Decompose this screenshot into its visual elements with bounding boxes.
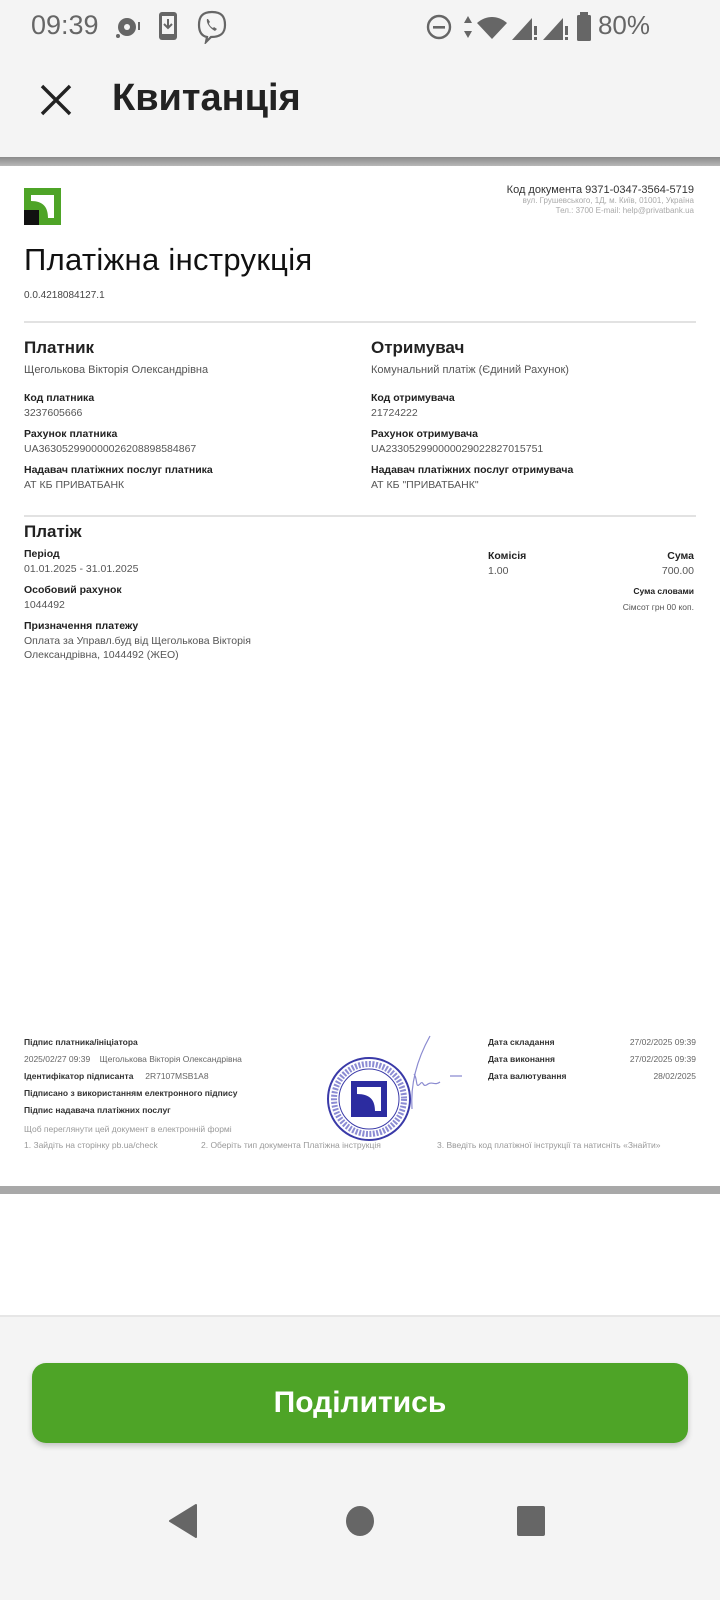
personal-account-value: 1044492 <box>24 599 354 611</box>
sum-block: Сума 700.00 Сума словами Сімсот грн 00 к… <box>623 550 694 621</box>
signal-icon <box>541 14 571 42</box>
check-step-1: 1. Зайдіть на сторінку pb.ua/check <box>24 1140 158 1150</box>
payer-provider: АТ КБ ПРИВАТБАНК <box>24 479 354 491</box>
status-time: 09:39 <box>31 10 99 41</box>
payer-provider-label: Надавач платіжних послуг платника <box>24 464 354 476</box>
recipient-account-label: Рахунок отримувача <box>371 428 701 440</box>
page-title: Квитанція <box>112 77 301 120</box>
document-bottom-edge <box>0 1186 720 1194</box>
signal-icon <box>510 14 540 42</box>
commission-block: Комісія 1.00 <box>488 550 526 586</box>
purpose-label: Призначення платежу <box>24 620 354 632</box>
recents-icon[interactable] <box>516 1503 546 1539</box>
commission-value: 1.00 <box>488 565 526 577</box>
divider <box>24 515 696 517</box>
back-icon[interactable] <box>168 1503 198 1539</box>
media-icon <box>113 14 141 40</box>
payer-code-label: Код платника <box>24 392 354 404</box>
payer-heading: Платник <box>24 338 354 358</box>
esign-note: Підписано з використанням електронного п… <box>24 1085 242 1102</box>
payer-signature-label: Підпис платника/ініціатора <box>24 1034 242 1051</box>
receipt-viewer[interactable]: Код документа 9371-0347-3564-5719 вул. Г… <box>0 166 720 1316</box>
bank-contacts: Тел.: 3700 E-mail: help@privatbank.ua <box>507 206 694 216</box>
signer-id: 2R7107MSB1A8 <box>145 1071 208 1081</box>
payer-account: UA363052990000026208898584867 <box>24 443 354 455</box>
app-bar: Квитанція <box>0 52 720 157</box>
data-arrows-icon <box>462 14 474 40</box>
recipient-name: Комунальний платіж (Єдиний Рахунок) <box>371 364 701 376</box>
battery-icon <box>576 12 592 42</box>
payment-section: Платіж Період 01.01.2025 - 31.01.2025 Ос… <box>24 522 354 670</box>
recipient-code-label: Код отримувача <box>371 392 701 404</box>
privatbank-logo-icon <box>24 188 61 225</box>
document-code: Код документа 9371-0347-3564-5719 <box>507 184 694 196</box>
bank-address: вул. Грушевського, 1Д, м. Київ, 01001, У… <box>507 196 694 206</box>
share-button[interactable]: Поділитись <box>32 1363 688 1443</box>
payer-code: 3237605666 <box>24 407 354 419</box>
download-icon <box>158 11 180 41</box>
recipient-account: UA233052990000029022827015751 <box>371 443 701 455</box>
date-row: Дата складання 27/02/2025 09:39 <box>488 1034 696 1051</box>
document-code-block: Код документа 9371-0347-3564-5719 вул. Г… <box>507 184 694 216</box>
date-row: Дата валютування 28/02/2025 <box>488 1068 696 1085</box>
dnd-icon <box>426 14 452 40</box>
period-value: 01.01.2025 - 31.01.2025 <box>24 563 354 575</box>
payer-account-label: Рахунок платника <box>24 428 354 440</box>
provider-signature-label: Підпис надавача платіжних послуг <box>24 1102 242 1119</box>
payer-signature-datetime: 2025/02/27 09:39 <box>24 1054 90 1064</box>
status-bar: 09:39 80% <box>0 0 720 52</box>
payer-section: Платник Щеголькова Вікторія Олександрівн… <box>24 338 354 500</box>
handwritten-signature-icon <box>400 1034 470 1114</box>
wifi-icon <box>476 16 508 40</box>
recipient-section: Отримувач Комунальний платіж (Єдиний Рах… <box>371 338 701 500</box>
bottom-area: Поділитись <box>0 1317 720 1600</box>
app-bar-shadow <box>0 157 720 166</box>
purpose-line-2: Олександрівна, 1044492 (ЖЕО) <box>24 649 354 661</box>
document-id: 0.0.4218084127.1 <box>24 290 105 301</box>
home-icon[interactable] <box>345 1503 375 1539</box>
personal-account-label: Особовий рахунок <box>24 584 354 596</box>
receipt-document: Код документа 9371-0347-3564-5719 вул. Г… <box>0 166 720 1186</box>
document-title: Платіжна інструкція <box>24 242 313 278</box>
battery-percent: 80% <box>598 10 650 41</box>
viber-icon <box>196 10 228 44</box>
payer-signature-name: Щеголькова Вікторія Олександрівна <box>100 1054 242 1064</box>
sum-words-label: Сума словами <box>623 586 694 596</box>
close-icon[interactable] <box>36 80 76 120</box>
sum-words-value: Сімсот грн 00 коп. <box>623 602 694 612</box>
payer-name: Щеголькова Вікторія Олександрівна <box>24 364 354 376</box>
commission-label: Комісія <box>488 550 526 562</box>
divider <box>24 321 696 323</box>
purpose-line-1: Оплата за Управл.буд від Щеголькова Вікт… <box>24 635 354 647</box>
recipient-provider: АТ КБ "ПРИВАТБАНК" <box>371 479 701 491</box>
recipient-heading: Отримувач <box>371 338 701 358</box>
date-row: Дата виконання 27/02/2025 09:39 <box>488 1051 696 1068</box>
sum-label: Сума <box>623 550 694 562</box>
recipient-code: 21724222 <box>371 407 701 419</box>
recipient-provider-label: Надавач платіжних послуг отримувача <box>371 464 701 476</box>
signature-block: Підпис платника/ініціатора 2025/02/27 09… <box>24 1034 242 1138</box>
payment-heading: Платіж <box>24 522 354 542</box>
view-hint: Щоб переглянути цей документ в електронн… <box>24 1121 242 1138</box>
sum-value: 700.00 <box>623 565 694 577</box>
period-label: Період <box>24 548 354 560</box>
signer-id-label: Ідентифікатор підписанта <box>24 1071 133 1081</box>
dates-block: Дата складання 27/02/2025 09:39 Дата вик… <box>488 1034 696 1085</box>
check-step-3: 3. Введіть код платіжної інструкції та н… <box>437 1140 661 1150</box>
